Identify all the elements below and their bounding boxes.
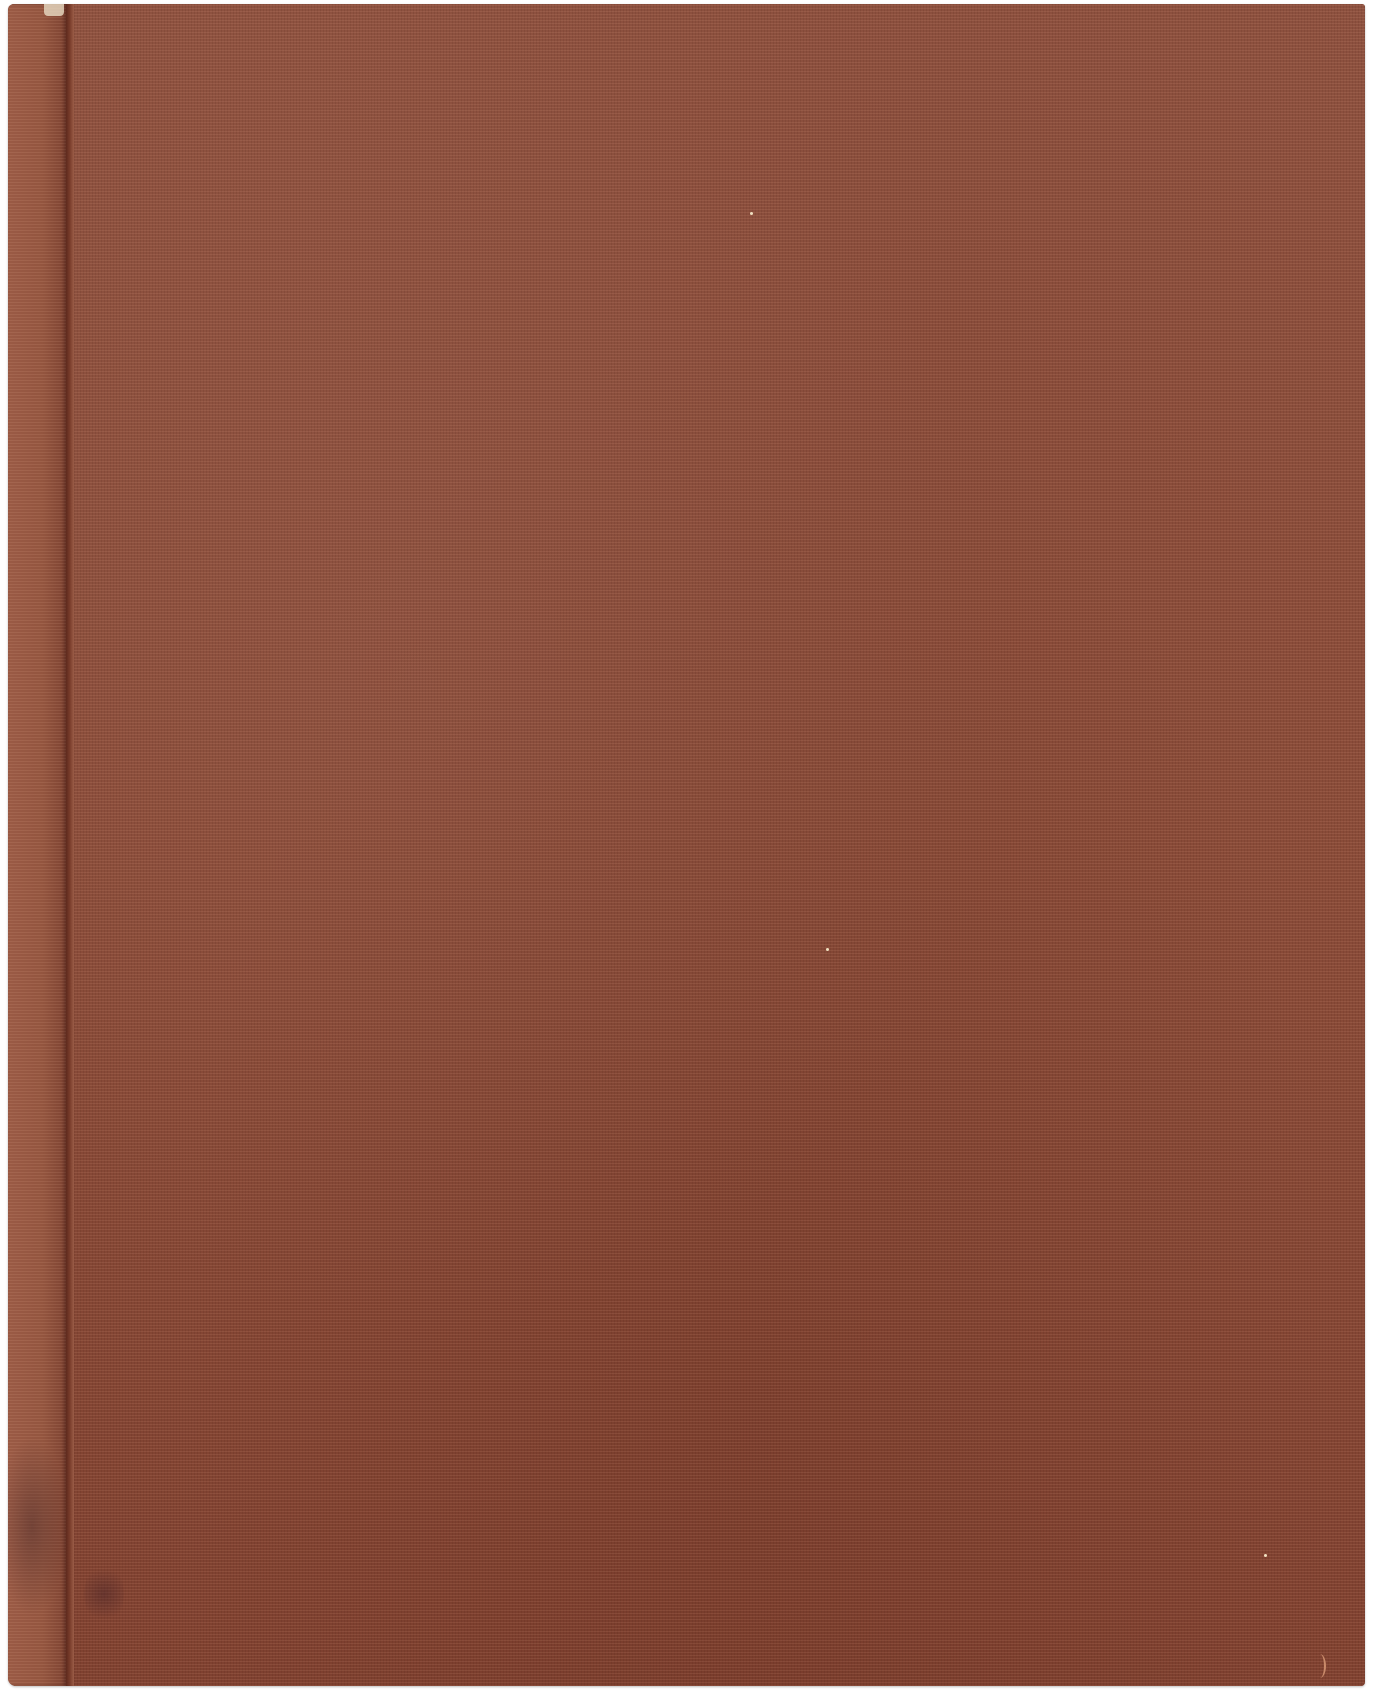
front-board <box>74 4 1365 1686</box>
speck <box>826 948 829 951</box>
cover-hinge-groove <box>66 4 74 1686</box>
book-cover <box>8 4 1365 1686</box>
cover-stain <box>84 1564 124 1624</box>
speck <box>750 212 753 215</box>
spine-stain <box>8 1436 68 1616</box>
spine-top-fray <box>44 4 64 16</box>
speck <box>1264 1554 1267 1557</box>
loose-thread <box>1314 1654 1326 1678</box>
book-spine <box>8 4 66 1686</box>
